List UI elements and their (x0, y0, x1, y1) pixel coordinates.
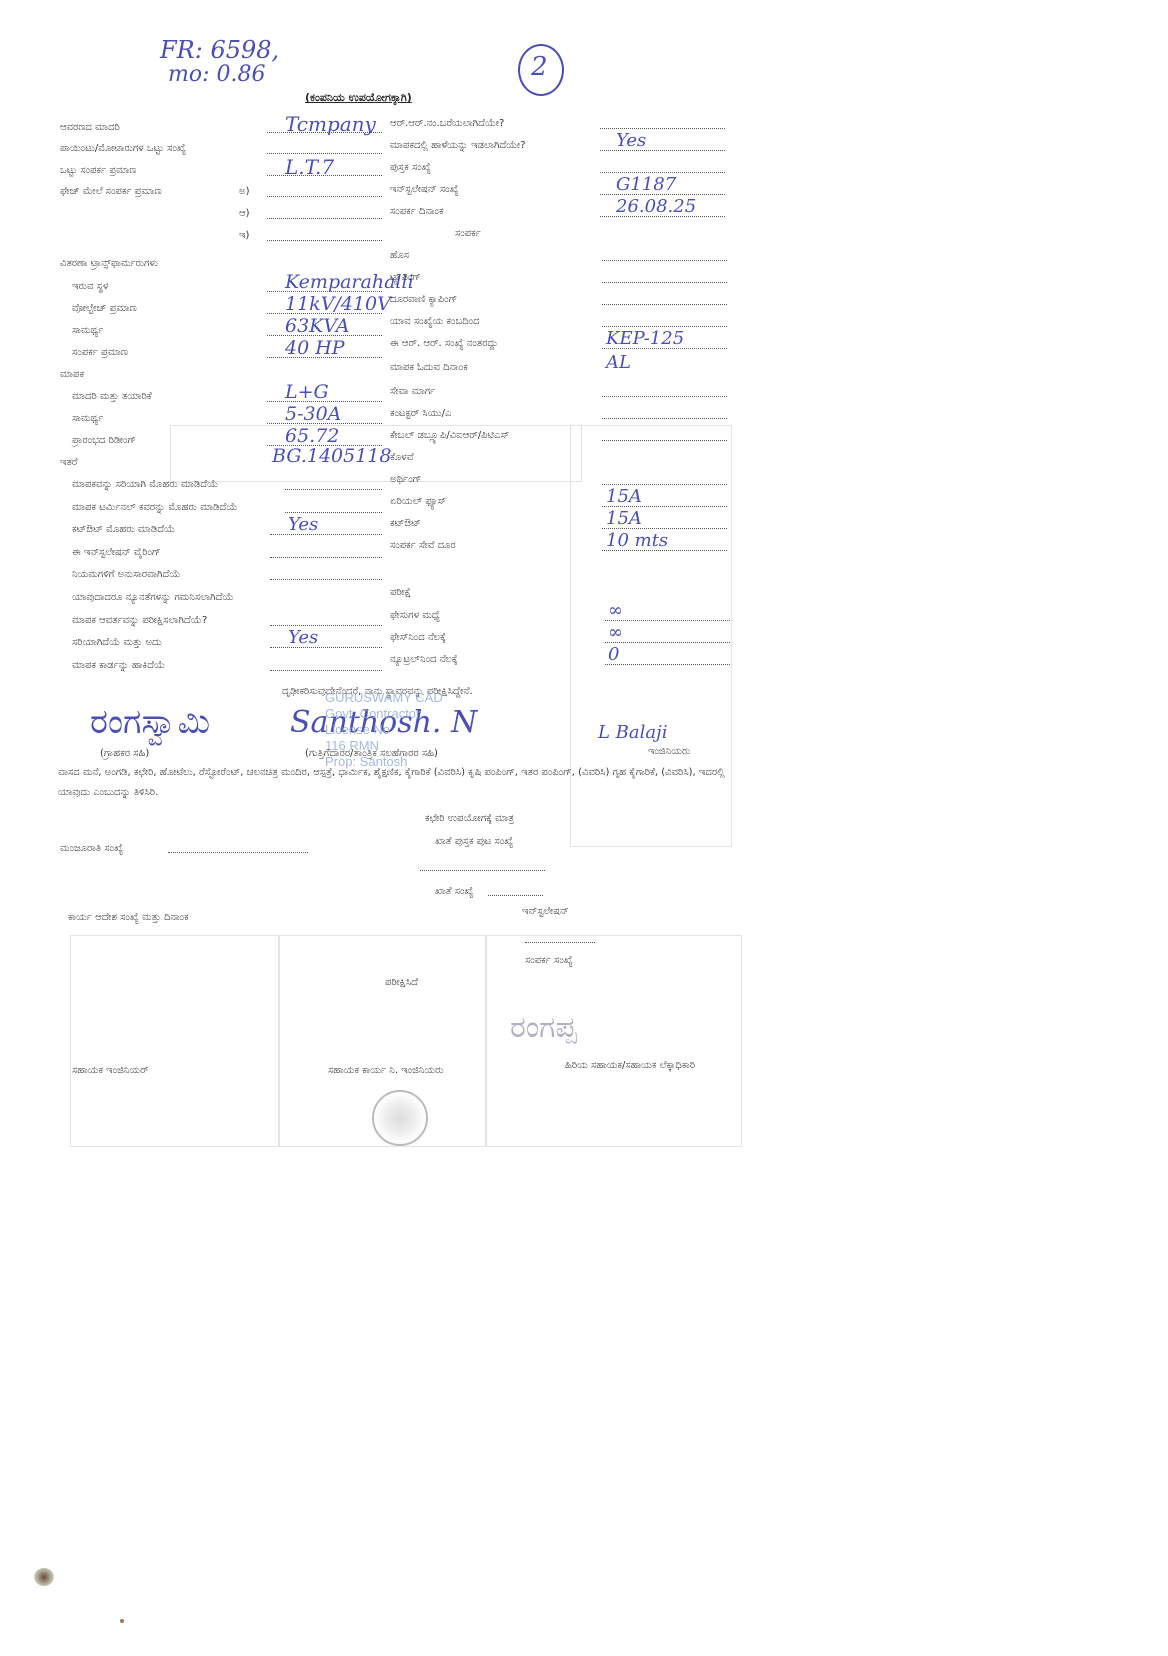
connection-field-4-value: KEP-125 (606, 328, 684, 349)
test-field-1-value: ∞ (608, 622, 623, 643)
others-heading-value: BG.1405118 (272, 445, 391, 467)
others-field-2-label: ಕಟ್‌ಔಟ್ ಮೊಹರು ಮಾಡಿದೆಯೆ (72, 524, 175, 535)
connection-field-1-label: ಟ್ಯಾಪಿಂಗ್ (390, 272, 421, 283)
office-box-divider-2 (485, 935, 487, 1147)
meter-field-1-value: 5-30A (285, 403, 341, 425)
connection-field-1-field[interactable] (602, 282, 727, 283)
transformer-field-3-label: ಸಂಪರ್ಕ ಪ್ರಮಾಣ (72, 347, 128, 358)
right-field-4-label: ಸಂಪರ್ಕ ದಿನಾಂಕ (390, 206, 444, 217)
others-field-0-field[interactable] (285, 489, 382, 490)
connection-field-8-field[interactable] (602, 440, 727, 441)
handwritten-reference-2: mo: 0.86 (168, 62, 266, 87)
left-field-4-field[interactable] (267, 218, 382, 219)
connection-field-6-label: ಸೇವಾ ಮಾರ್ಗ (390, 386, 435, 397)
meter-field-2-value: 65.72 (285, 425, 339, 447)
test-field-1-field[interactable] (605, 642, 730, 643)
others-field-6-field[interactable] (270, 625, 382, 626)
installation-field[interactable] (525, 942, 595, 943)
others-field-8-label: ಮಾಪಕ ಕಾರ್ಡನ್ನು ಹಾಕಿದೆಯೆ (72, 660, 165, 671)
test-field-0-value: ∞ (608, 600, 623, 621)
others-field-1-field[interactable] (285, 512, 382, 513)
connection-heading: ಸಂಪರ್ಕ (455, 228, 481, 239)
connection-field-9-label: ಕೊಳವೆ (390, 452, 414, 463)
contractor-signature-caption: (ಗುತ್ತಿಗೆದಾರರ/ತಾಂತ್ರಿಕ ಸಲಹೆಗಾರರ ಸಹಿ) (305, 748, 438, 759)
consumer-signature-caption: (ಗ್ರಾಹಕರ ಸಹಿ) (100, 748, 149, 759)
connection-field-13-field[interactable] (602, 550, 727, 551)
form-title: (ಕಂಪನಿಯ ಉಪಯೋಗಕ್ಕಾಗಿ) (305, 91, 412, 105)
meter-field-1-label: ಸಾಮರ್ಥ್ಯ (72, 413, 103, 424)
test-field-2-value: 0 (608, 644, 619, 665)
meter-field-0-label: ಮಾದರಿ ಮತ್ತು ತಯಾರಿಕೆ (72, 391, 152, 402)
others-heading: ಇತರೆ (60, 457, 78, 468)
assistant-executive-engineer-label: ಸಹಾಯಕ ಕಾರ್ಯ ನಿ. ಇಂಜಿನಿಯರು (328, 1065, 444, 1076)
test-field-0-label: ಫೇಸುಗಳ ಮಧ್ಯೆ (390, 610, 440, 621)
office-box-divider-1 (278, 935, 280, 1147)
installation-label: ಇನ್‌ಸ್ಟಲೇಷನ್ (522, 906, 569, 917)
right-field-2-field[interactable] (600, 172, 725, 173)
connection-field-5-label: ಮಾಪಕ ಓದುವ ದಿನಾಂಕ (390, 362, 468, 373)
accounts-officer-label: ಹಿರಿಯ ಸಹಾಯಕ/ಸಹಾಯಕ ಲೆಕ್ಕಾಧಿಕಾರಿ (565, 1060, 695, 1071)
connection-field-11-label: ಏರಿಯಲ್ ಫ್ಯೂಸ್ (390, 496, 446, 507)
meter-field-0-value: L+G (285, 381, 329, 403)
right-field-1-value: Yes (616, 130, 646, 151)
scan-speck (120, 1619, 124, 1623)
approval-number-label: ಮಂಜೂರಾತಿ ಸಂಖ್ಯೆ (60, 843, 123, 854)
right-field-0-field[interactable] (600, 128, 725, 129)
connection-field-7-label: ಕಂಟಕ್ಟರ್ ಸಿಯು/ಎ (390, 408, 451, 419)
transformer-field-2-value: 63KVA (285, 315, 350, 337)
account-number-label: ಖಾತೆ ಸಂಖ್ಯೆ (435, 886, 474, 897)
transformer-heading: ವಿತರಣಾ ಟ್ರಾನ್ಸ್‌ಫಾರ್ಮರುಗಳು (60, 258, 158, 269)
office-heading: ಕಛೇರಿ ಉಪಯೋಗಕ್ಕೆ ಮಾತ್ರ (425, 813, 514, 824)
office-seal (372, 1090, 428, 1146)
approval-number-field[interactable] (168, 852, 308, 853)
right-field-2-label: ಪುಸ್ತಕ ಸಂಖ್ಯೆ (390, 162, 431, 173)
left-field-1-field[interactable] (267, 153, 382, 154)
right-field-4-value: 26.08.25 (616, 196, 696, 217)
connection-field-12-field[interactable] (602, 528, 727, 529)
connection-field-3-label: ಯಾವ ಸಂಖ್ಯೆಯ ಕಂಬದಿಂದ (390, 316, 480, 327)
right-field-3-field[interactable] (600, 194, 725, 195)
transformer-field-3-value: 40 HP (285, 337, 345, 359)
left-field-5-field[interactable] (267, 240, 382, 241)
ledger-page-label: ಖಾತೆ ಪುಸ್ತಕ ಪುಟ ಸಂಖ್ಯೆ (435, 836, 513, 847)
others-field-2-value: Yes (288, 514, 318, 535)
connection-field-11-value: 15A (606, 486, 642, 507)
others-field-6-label: ಮಾಪಕ ಆವರ್ತವನ್ನು ಪರೀಕ್ಷಿಸಲಾಗಿದೆಯೆ? (72, 615, 207, 626)
others-field-1-label: ಮಾಪಕ ಟರ್ಮಿನಲ್ ಕವರನ್ನು ಮೊಹರು ಮಾಡಿದೆಯೆ (72, 502, 237, 513)
connection-field-12-value: 15A (606, 508, 642, 529)
test-field-2-field[interactable] (605, 664, 730, 665)
connection-field-2-label: ದೂರವಾಣಿ ಕ್ಯಾಪಿಂಗ್ (390, 294, 457, 305)
work-order-label: ಕಾರ್ಯ ಆದೇಶ ಸಂಖ್ಯೆ ಮತ್ತು ದಿನಾಂಕ (68, 912, 189, 923)
connection-field-2-field[interactable] (602, 304, 727, 305)
transformer-field-1-value: 11kV/410V (285, 293, 391, 315)
left-field-5-sub-label: ಇ) (239, 230, 249, 241)
others-field-4-label: ನಿಯಮಗಳಿಗೆ ಅನುಸಾರವಾಗಿದೆಯೆ (72, 569, 180, 580)
connection-field-0-field[interactable] (602, 260, 727, 261)
others-field-7-field[interactable] (270, 647, 382, 648)
right-field-3-label: ಇನ್‌ಸ್ಟಲೇಷನ್ ಸಂಖ್ಯೆ (390, 184, 459, 195)
others-field-2-field[interactable] (270, 534, 382, 535)
others-field-0-label: ಮಾಪಕವನ್ನು ಸರಿಯಾಗಿ ಮೊಹರು ಮಾಡಿದೆಯೆ (72, 479, 218, 490)
test-field-2-label: ನ್ಯೂಟ್ರಲ್‌ನಿಂದ ನೆಲಕ್ಕೆ (390, 654, 458, 665)
left-field-2-label: ಒಟ್ಟು ಸಂಪರ್ಕ ಪ್ರಮಾಣ (60, 165, 136, 176)
checked-label: ಪರೀಕ್ಷಿಸಿದೆ (385, 977, 418, 988)
connection-field-5-value: AL (606, 352, 631, 373)
engineer-signature-caption: ಇಂಜಿನಿಯರು (648, 746, 690, 757)
connection-field-4-label: ಈ ಆರ್. ಆರ್. ಸಂಖ್ಯೆ ನಂತರದ್ದು (390, 338, 498, 349)
account-number-field[interactable] (488, 895, 543, 896)
others-field-3-field[interactable] (270, 557, 382, 558)
left-field-0-value: Tcmpany (285, 112, 376, 136)
others-field-3-label: ಈ ಇನ್‌ಸ್ಟಲೇಷನ್ ವೈರಿಂಗ್ (72, 547, 161, 558)
connection-field-13-label: ಸಂಪರ್ಕ ಸೇವೆ ದೂರ (390, 540, 456, 551)
handwritten-reference-1: FR: 6598, (160, 36, 279, 64)
page-mark: 2 (531, 52, 548, 82)
connection-field-13-value: 10 mts (606, 530, 668, 551)
left-field-3-label: ಫೇಜ್ ಮೇಲೆ ಸಂಪರ್ಕ ಪ್ರಮಾಣ (60, 186, 162, 197)
meter-heading: ಮಾಪಕ (60, 369, 84, 380)
engineer-signature: L Balaji (598, 722, 667, 743)
connection-field-12-label: ಕಟ್‌ಔಟ್ (390, 518, 421, 529)
ledger-page-field[interactable] (420, 870, 545, 871)
connection-field-11-field[interactable] (602, 506, 727, 507)
connection-field-0-label: ಹೊಸ (390, 250, 409, 261)
transformer-field-0-label: ಇರುವ ಸ್ಥಳ (72, 281, 108, 292)
left-field-3-field[interactable] (267, 196, 382, 197)
test-heading: ಪರೀಕ್ಷೆ (390, 587, 411, 598)
connection-field-8-label: ಕೇಬಲ್ ಡಬ್ಲ್ಯೂಪಿ/ವಿಐಆರ್/ಪಿಟಿಎಸ್ (390, 430, 509, 441)
right-field-4-field[interactable] (600, 216, 725, 217)
meter-field-2-label: ಪ್ರಾರಂಭದ ರಿಡೀಂಗ್ (72, 435, 136, 446)
others-field-4-field[interactable] (270, 579, 382, 580)
connection-field-6-field[interactable] (602, 396, 727, 397)
right-field-1-field[interactable] (600, 150, 725, 151)
connection-field-4-field[interactable] (602, 348, 727, 349)
others-field-8-field[interactable] (270, 670, 382, 671)
others-field-7-label: ಸರಿಯಾಗಿದೆಯೆ ಮತ್ತು ಅದು (72, 637, 162, 648)
right-field-3-value: G1187 (616, 174, 676, 195)
left-field-4-sub-label: ಆ) (239, 208, 250, 219)
transformer-field-2-label: ಸಾಮರ್ಥ್ಯ (72, 325, 103, 336)
assistant-engineer-label: ಸಹಾಯಕ ಇಂಜಿನಿಯರ್ (72, 1065, 149, 1076)
right-field-0-label: ಆರ್.ಆರ್.ನಂ.ಬರೆಯಲಾಗಿದೆಯೇ? (390, 118, 504, 129)
left-field-3-sub-label: ಅ) (239, 186, 250, 197)
connection-field-10-label: ಅರ್ಥಿಂಗ್ (390, 474, 421, 485)
officer-signature: ರಂಗಪ್ಪ (510, 1010, 577, 1045)
test-field-1-label: ಫೇಸ್‌ನಿಂದ ನೆಲಕ್ಕೆ (390, 632, 446, 643)
left-field-0-label: ಆವರಣದ ಮಾದರಿ (60, 122, 120, 133)
others-field-5-label: ಯಾವುದಾದರೂ ನ್ಯೂನತೆಗಳನ್ನು ಗಮನಿಸಲಾಗಿದೆಯೆ (72, 592, 234, 603)
connection-field-7-field[interactable] (602, 418, 727, 419)
test-field-0-field[interactable] (605, 620, 730, 621)
usage-note: ವಾಸದ ಮನೆ, ಅಂಗಡಿ, ಕಛೇರಿ, ಹೋಟೆಲು, ರೆಸ್ಟೋರೆ… (58, 763, 738, 803)
consumer-signature: ರಂಗಸ್ವಾಮಿ (90, 702, 210, 742)
transformer-field-1-label: ವೋಲ್ಟೇಜ್ ಪ್ರಮಾಣ (72, 303, 137, 314)
connection-field-10-field[interactable] (602, 484, 727, 485)
left-field-1-label: ಪಾಯಿಂಟು/ಮೋಟಾರುಗಳ ಒಟ್ಟು ಸಂಖ್ಯೆ (60, 143, 186, 154)
connection-number-label: ಸಂಪರ್ಕ ಸಂಖ್ಯೆ (525, 955, 573, 966)
scan-smudge (34, 1568, 54, 1586)
left-field-2-value: L.T.7 (285, 155, 334, 179)
right-field-1-label: ಮಾಪಕದಲ್ಲಿ ಹಾಳೆಯನ್ನು ಇಡಲಾಗಿದೆಯೇ? (390, 140, 526, 151)
others-field-7-value: Yes (288, 627, 318, 648)
connection-field-3-field[interactable] (602, 326, 727, 327)
